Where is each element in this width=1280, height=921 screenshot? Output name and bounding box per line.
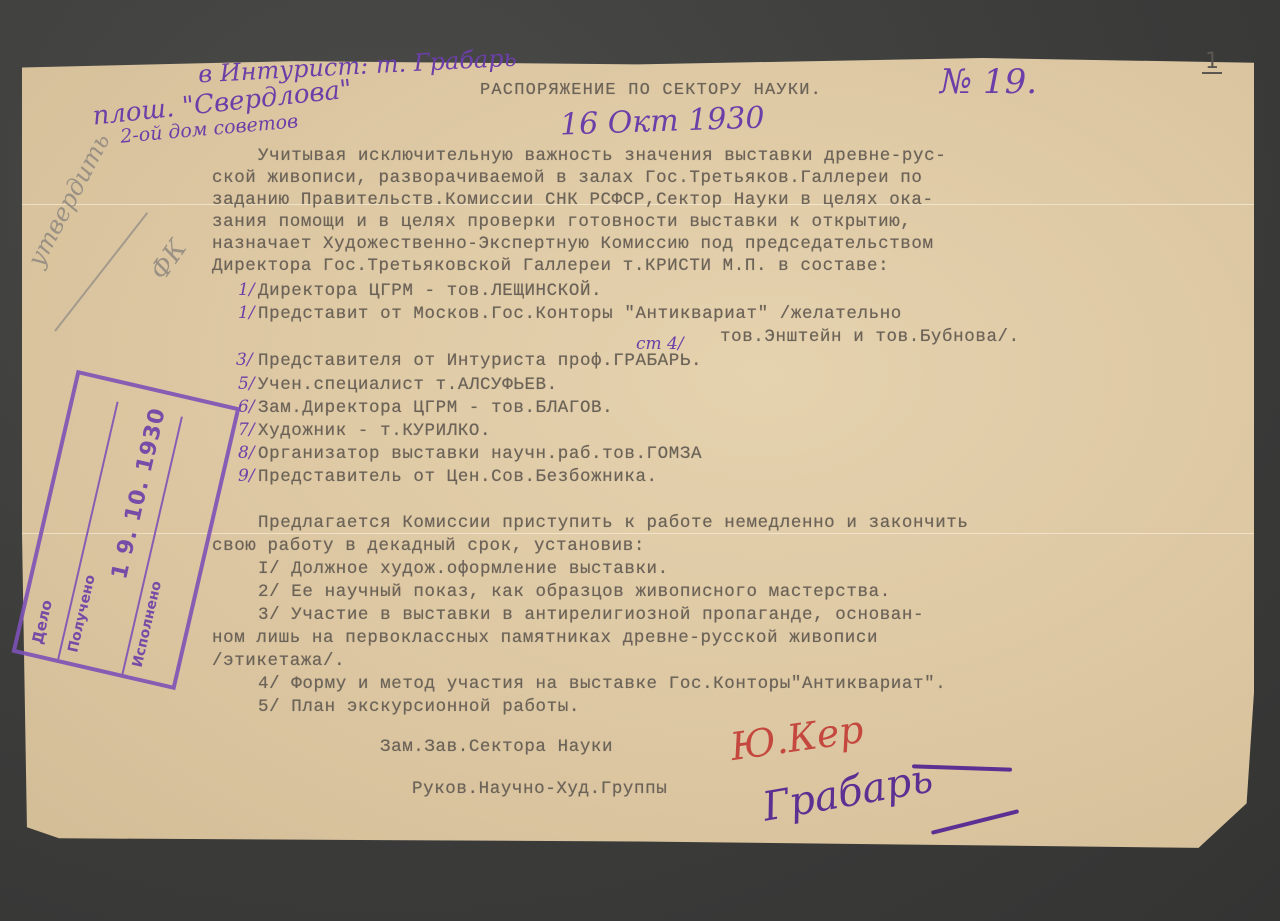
stamp-field-case: Дело — [28, 598, 56, 646]
task-item: I/ Должное худож.оформление выставки. — [258, 558, 669, 580]
stamp-received-date: 1 9. 10. 1930 — [107, 405, 171, 581]
instruction-line: свою работу в декадный срок, установив: — [212, 535, 645, 557]
page-number: 1 — [1202, 52, 1222, 74]
task-item: 5/ План экскурсионной работы. — [258, 696, 580, 718]
member-item: Организатор выставки научн.раб.тов.ГОМЗА — [258, 443, 702, 465]
stamp-field-received: Получено — [65, 573, 98, 654]
member-mark: 3/ — [236, 350, 253, 370]
member-item: Художник - т.КУРИЛКО. — [258, 420, 491, 442]
signatory-title: Руков.Научно-Худ.Группы — [412, 778, 667, 800]
member-mark: 7/ — [238, 420, 255, 440]
intro-line: ской живописи, разворачиваемой в залах Г… — [212, 167, 923, 189]
intro-line: заданию Правительств.Комиссии СНК РСФСР,… — [212, 189, 934, 211]
member-mark: 9/ — [238, 466, 255, 486]
member-mark: 5/ — [238, 374, 255, 394]
signatory-title: Зам.Зав.Сектора Науки — [380, 736, 613, 758]
member-mark: 8/ — [238, 443, 255, 463]
task-item: 2/ Ее научный показ, как образцов живопи… — [258, 581, 891, 603]
task-item: 4/ Форму и метод участия на выставке Гос… — [258, 673, 946, 695]
member-mark: 1/ — [238, 280, 255, 300]
intro-line: зания помощи и в целях проверки готовнос… — [212, 211, 911, 233]
order-date: 16 Окт 1930 — [559, 100, 765, 142]
intro-line: назначает Художественно-Экспертную Комис… — [212, 233, 934, 255]
task-item-continuation: /этикетажа/. — [212, 650, 345, 672]
members-insert-note: ст 4/ — [636, 334, 684, 354]
instruction-line: Предлагается Комиссии приступить к работ… — [258, 512, 969, 534]
member-item: Представитель от Цен.Сов.Безбожника. — [258, 466, 658, 488]
member-item-continuation: тов.Энштейн и тов.Бубнова/. — [720, 326, 1020, 348]
intro-line: Учитывая исключительную важность значени… — [258, 145, 946, 167]
task-item: 3/ Участие в выставки в антирелигиозной … — [258, 604, 924, 626]
member-item: Учен.специалист т.АЛСУФЬЕВ. — [258, 374, 558, 396]
intro-line: Директора Гос.Третьяковской Галлереи т.К… — [212, 255, 889, 277]
member-item: Зам.Директора ЦГРМ - тов.БЛАГОВ. — [258, 397, 613, 419]
member-item: Директора ЦГРМ - тов.ЛЕЩИНСКОЙ. — [258, 280, 602, 302]
member-item: Представит от Москов.Гос.Конторы "Антикв… — [258, 303, 902, 325]
task-item-continuation: ном лишь на первоклассных памятниках дре… — [212, 627, 878, 649]
document-title: РАСПОРЯЖЕНИЕ ПО СЕКТОРУ НАУКИ. — [480, 80, 822, 102]
member-mark: 1/ — [238, 303, 255, 323]
order-number: № 19. — [940, 62, 1037, 102]
